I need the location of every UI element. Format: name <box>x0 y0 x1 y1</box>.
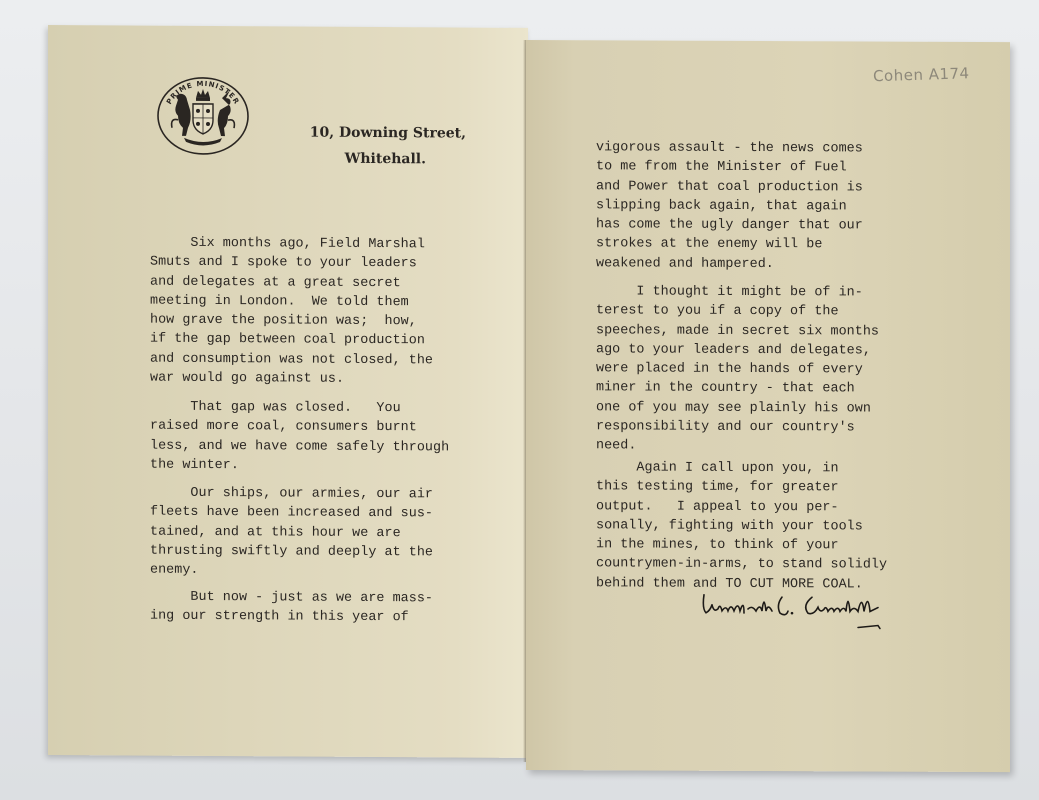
pencil-annotation: Cohen A174 <box>873 64 970 85</box>
handwritten-signature-icon <box>698 583 898 634</box>
letterhead-street: 10, Downing Street, <box>310 120 466 147</box>
right-page: Cohen A174 vigorous assault - the news c… <box>526 40 1010 772</box>
letter-paragraph: Our ships, our armies, our air fleets ha… <box>150 484 433 582</box>
letter-paragraph: I thought it might be of in- terest to y… <box>596 282 879 457</box>
letter-paragraph: Again I call upon you, in this testing t… <box>596 458 887 594</box>
letter-paragraph: But now - just as we are mass- ing our s… <box>150 588 433 628</box>
letter-paragraph: Six months ago, Field Marshal Smuts and … <box>150 234 433 390</box>
letter-paragraph: vigorous assault - the news comes to me … <box>596 138 863 274</box>
letterhead-district: Whitehall. <box>310 146 426 173</box>
letter-paragraph: That gap was closed. You raised more coa… <box>150 398 449 477</box>
letterhead-address: 10, Downing Street, Whitehall. <box>310 120 466 173</box>
left-page: PRIME MINISTER 10, Downing Street, White… <box>48 25 528 758</box>
royal-coat-of-arms-icon: PRIME MINISTER <box>156 76 250 157</box>
